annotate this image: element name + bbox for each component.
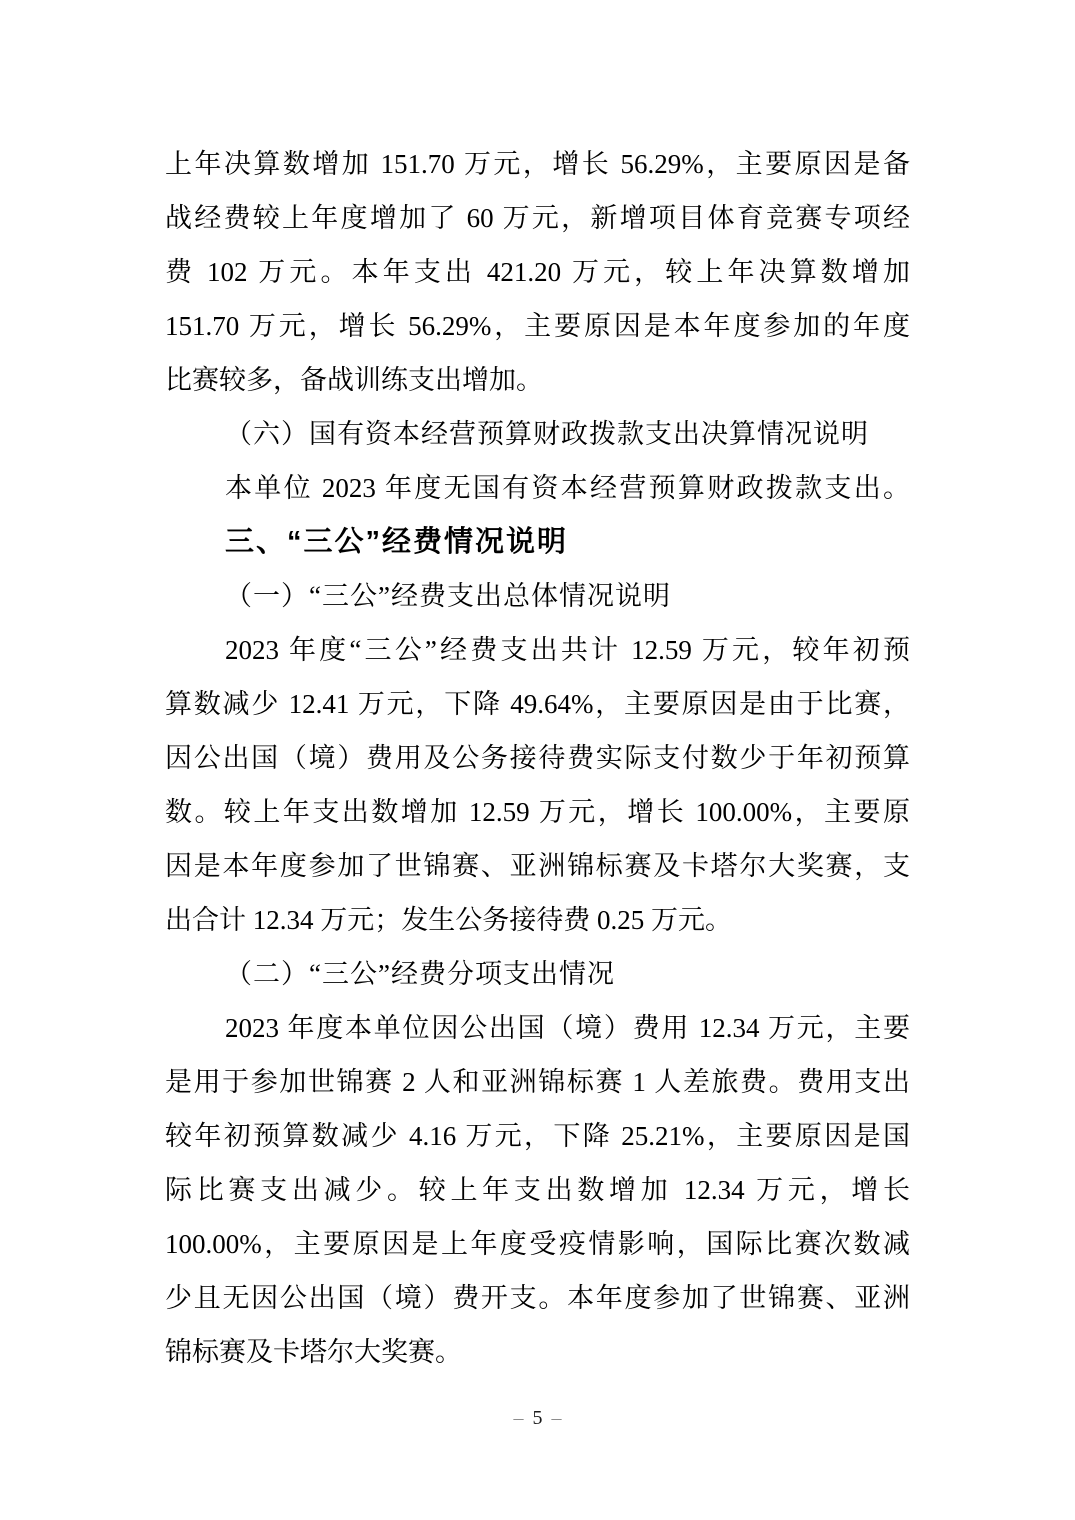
footer-right-dash: – xyxy=(552,1407,562,1429)
text-line: 锦标赛及卡塔尔大奖赛。 xyxy=(165,1325,910,1379)
text-line: 际比赛支出减少。较上年支出数增加 12.34 万元，增长 xyxy=(165,1163,910,1217)
text-line: 2023 年度本单位因公出国（境）费用 12.34 万元，主要 xyxy=(165,1001,910,1055)
section-heading: 三、“三公”经费情况说明 xyxy=(165,515,910,569)
text-line: 因公出国（境）费用及公务接待费实际支付数少于年初预算 xyxy=(165,731,910,785)
text-line: 较年初预算数减少 4.16 万元，下降 25.21%，主要原因是国 xyxy=(165,1109,910,1163)
text-line: 数。较上年支出数增加 12.59 万元，增长 100.00%，主要原 xyxy=(165,785,910,839)
text-line: 少且无因公出国（境）费开支。本年度参加了世锦赛、亚洲 xyxy=(165,1271,910,1325)
page-footer: –5– xyxy=(0,1408,1075,1428)
subsection-heading: （二）“三公”经费分项支出情况 xyxy=(165,947,910,1001)
text-line: 本单位 2023 年度无国有资本经营预算财政拨款支出。 xyxy=(165,461,910,515)
text-line: 战经费较上年度增加了 60 万元，新增项目体育竞赛专项经 xyxy=(165,191,910,245)
subsection-heading: （一）“三公”经费支出总体情况说明 xyxy=(165,569,910,623)
text-line: 是用于参加世锦赛 2 人和亚洲锦标赛 1 人差旅费。费用支出 xyxy=(165,1055,910,1109)
text-line: 100.00%，主要原因是上年度受疫情影响，国际比赛次数减 xyxy=(165,1217,910,1271)
subsection-heading: （六）国有资本经营预算财政拨款支出决算情况说明 xyxy=(165,407,910,461)
text-line: 上年决算数增加 151.70 万元，增长 56.29%，主要原因是备 xyxy=(165,137,910,191)
text-line: 算数减少 12.41 万元，下降 49.64%，主要原因是由于比赛， xyxy=(165,677,910,731)
text-line: 比赛较多，备战训练支出增加。 xyxy=(165,353,910,407)
document-page: 上年决算数增加 151.70 万元，增长 56.29%，主要原因是备战经费较上年… xyxy=(0,0,1075,1520)
page-number: 5 xyxy=(533,1407,543,1429)
text-line: 151.70 万元，增长 56.29%，主要原因是本年度参加的年度 xyxy=(165,299,910,353)
document-body: 上年决算数增加 151.70 万元，增长 56.29%，主要原因是备战经费较上年… xyxy=(165,137,910,1379)
text-line: 出合计 12.34 万元；发生公务接待费 0.25 万元。 xyxy=(165,893,910,947)
text-line: 费 102 万元。本年支出 421.20 万元，较上年决算数增加 xyxy=(165,245,910,299)
text-line: 2023 年度“三公”经费支出共计 12.59 万元，较年初预 xyxy=(165,623,910,677)
footer-left-dash: – xyxy=(514,1407,524,1429)
text-line: 因是本年度参加了世锦赛、亚洲锦标赛及卡塔尔大奖赛，支 xyxy=(165,839,910,893)
